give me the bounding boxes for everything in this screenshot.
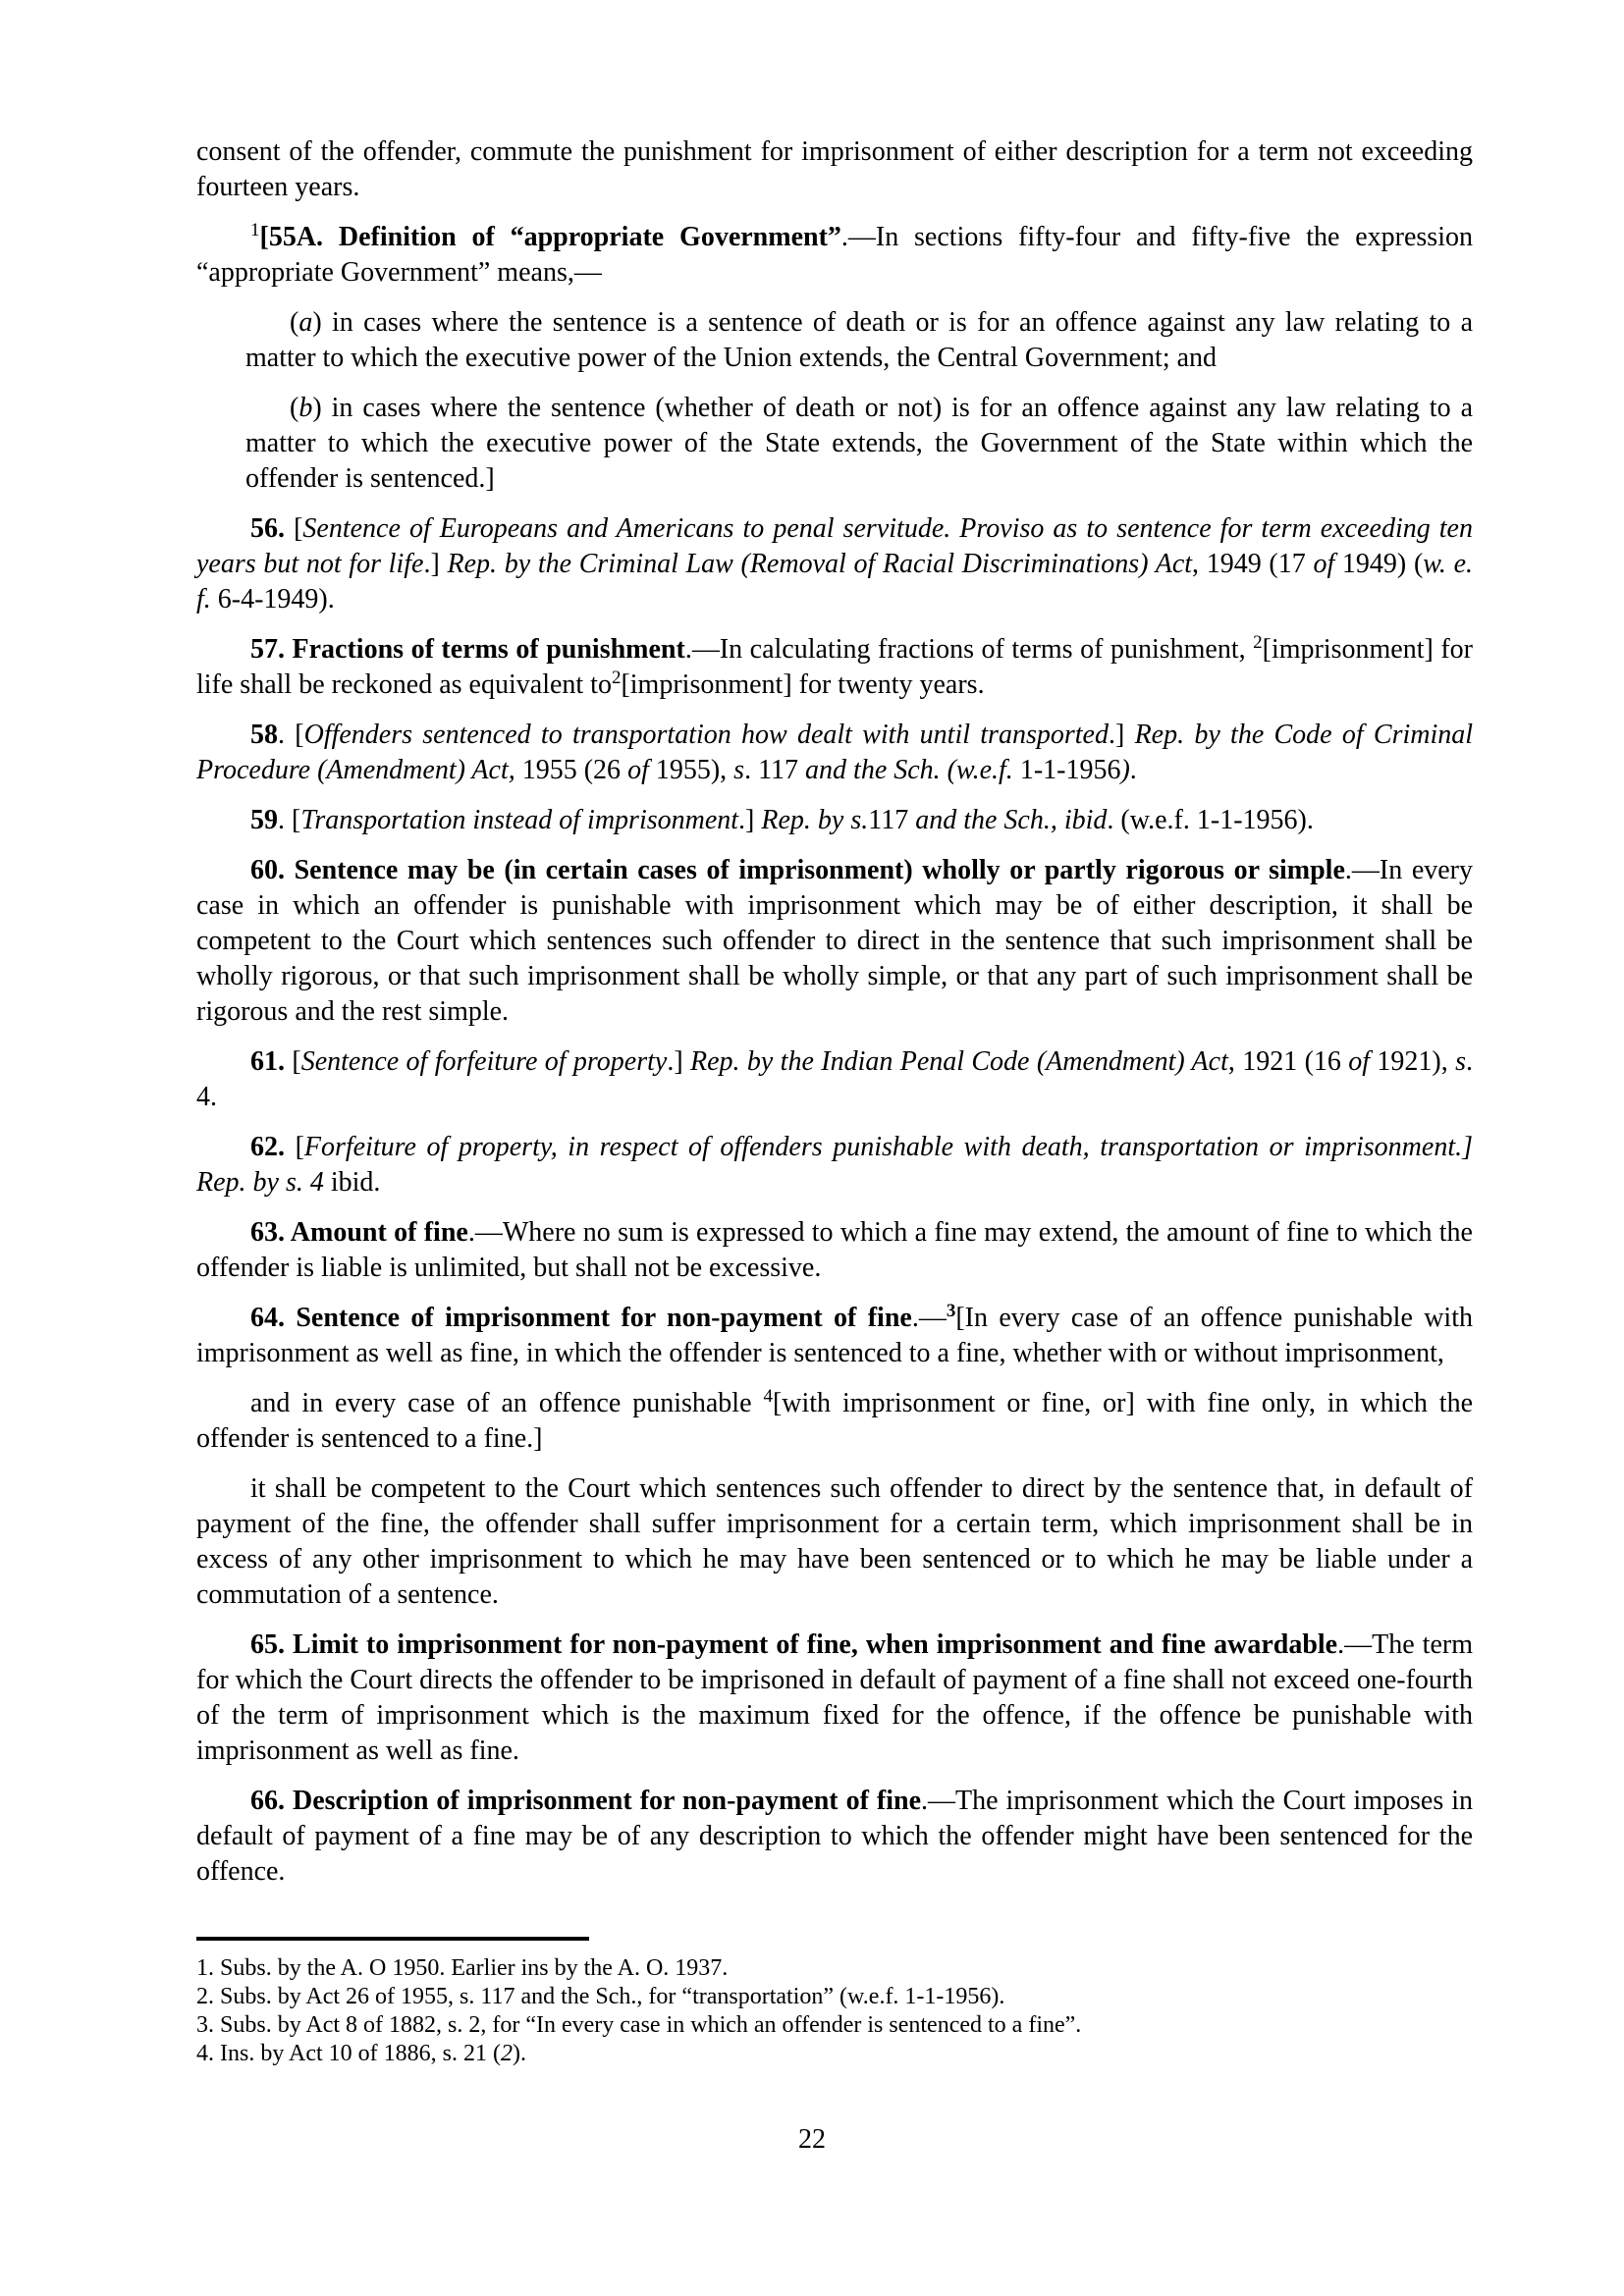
text-run: a: [298, 307, 312, 338]
text-run: of: [627, 755, 649, 785]
document-page: consent of the offender, commute the pun…: [0, 0, 1624, 2296]
text-run: [: [292, 1046, 300, 1077]
para-58: 58. [Offenders sentenced to transportati…: [196, 718, 1473, 788]
text-run: . (w.e.f. 1-1-1956).: [1107, 805, 1313, 835]
para-56: 56. [Sentence of Europeans and Americans…: [196, 511, 1473, 617]
text-run: Rep. by the Indian Penal Code (Amendment…: [690, 1046, 1228, 1077]
para-64-continuation-1: and in every case of an offence punishab…: [196, 1386, 1473, 1457]
text-run: 1955 (26: [515, 755, 627, 785]
text-run: Offenders sentenced to transportation ho…: [304, 720, 1109, 750]
text-run: s: [733, 755, 744, 785]
text-run: 2: [612, 667, 622, 688]
text-run: consent of the offender, commute the pun…: [196, 136, 1473, 202]
para-55a: 1[55A. Definition of “appropriate Govern…: [196, 220, 1473, 291]
text-run: [: [294, 513, 302, 544]
para-59: 59. [Transportation instead of imprisonm…: [196, 803, 1473, 838]
page-content: consent of the offender, commute the pun…: [196, 134, 1473, 2068]
text-run: [: [296, 1132, 304, 1162]
text-run: 65. Limit to imprisonment for non-paymen…: [250, 1629, 1337, 1660]
text-run: Forfeiture of property, in respect of of…: [196, 1132, 1473, 1198]
text-run: of: [1313, 549, 1334, 579]
text-run: ) in cases where the sentence (whether o…: [245, 393, 1473, 494]
text-run: and in every case of an offence punishab…: [250, 1388, 763, 1418]
para-62: 62. [Forfeiture of property, in respect …: [196, 1130, 1473, 1201]
text-run: , 1921 (16: [1228, 1046, 1348, 1077]
para-55a-clause-b: (b) in cases where the sentence (whether…: [245, 391, 1473, 497]
text-run: ibid.: [324, 1167, 381, 1198]
text-run: b: [298, 393, 312, 423]
para-60: 60. Sentence may be (in certain cases of…: [196, 853, 1473, 1030]
text-run: and the Sch. (w.e.f.: [805, 755, 1013, 785]
footnotes: 1. Subs. by the A. O 1950. Earlier ins b…: [196, 1954, 1473, 2068]
text-run: .]: [738, 805, 761, 835]
footnote-1: 1. Subs. by the A. O 1950. Earlier ins b…: [196, 1954, 1473, 1983]
text-run: ) in cases where the sentence is a sente…: [245, 307, 1473, 373]
text-run: 4: [763, 1386, 773, 1407]
footnote-4: 4. Ins. by Act 10 of 1886, s. 21 (2).: [196, 2040, 1473, 2068]
text-run: Rep. by the Criminal Law (Removal of Rac…: [447, 549, 1192, 579]
text-run: 1955),: [649, 755, 733, 785]
text-run: 117: [868, 805, 915, 835]
footnote-3: 3. Subs. by Act 8 of 1882, s. 2, for “In…: [196, 2011, 1473, 2040]
text-run: 61.: [250, 1046, 292, 1077]
para-57: 57. Fractions of terms of punishment.—In…: [196, 632, 1473, 703]
text-run: it shall be competent to the Court which…: [196, 1473, 1473, 1610]
text-run: (: [290, 393, 298, 423]
text-run: .—In calculating fractions of terms of p…: [685, 634, 1253, 665]
text-run: [55A. Definition of “appropriate Governm…: [260, 222, 841, 252]
text-run: 1949) (: [1334, 549, 1423, 579]
text-run: of: [1348, 1046, 1370, 1077]
text-run: .: [1130, 755, 1137, 785]
text-run: 6-4-1949).: [211, 584, 335, 614]
text-run: [imprisonment] for twenty years.: [621, 669, 984, 700]
text-run: , 1949 (17: [1192, 549, 1313, 579]
text-run: 62.: [250, 1132, 296, 1162]
text-run: 1: [250, 220, 260, 240]
text-run: 58: [250, 720, 278, 750]
text-run: 4. Ins. by Act 10 of 1886, s. 21 (: [196, 2041, 501, 2066]
para-65: 65. Limit to imprisonment for non-paymen…: [196, 1628, 1473, 1769]
text-run: 2: [1253, 632, 1263, 653]
text-run: 1-1-1956: [1013, 755, 1121, 785]
text-run: . [: [278, 720, 304, 750]
text-run: 60. Sentence may be (in certain cases of…: [250, 855, 1345, 885]
para-66: 66. Description of imprisonment for non-…: [196, 1784, 1473, 1890]
text-run: .]: [423, 549, 447, 579]
para-55a-clause-a: (a) in cases where the sentence is a sen…: [245, 305, 1473, 376]
text-run: (: [290, 307, 298, 338]
text-run: 3: [947, 1301, 956, 1321]
body-paragraphs: consent of the offender, commute the pun…: [196, 134, 1473, 1890]
text-run: .—: [912, 1303, 947, 1333]
text-run: 66. Description of imprisonment for non-…: [250, 1786, 921, 1816]
text-run: and the Sch., ibid: [915, 805, 1107, 835]
text-run: 59: [250, 805, 278, 835]
text-run: 2: [501, 2041, 513, 2066]
para-64: 64. Sentence of imprisonment for non-pay…: [196, 1301, 1473, 1371]
page-number: 22: [0, 2122, 1624, 2158]
text-run: 63. Amount of fine: [250, 1217, 468, 1248]
text-run: . 117: [744, 755, 805, 785]
text-run: 56.: [250, 513, 294, 544]
text-run: s: [1455, 1046, 1466, 1077]
text-run: Sentence of forfeiture of property: [301, 1046, 668, 1077]
text-run: 57. Fractions of terms of punishment: [250, 634, 685, 665]
text-run: 1. Subs. by the A. O 1950. Earlier ins b…: [196, 1955, 728, 1981]
text-run: ).: [513, 2041, 526, 2066]
text-run: ): [1120, 755, 1129, 785]
text-run: .]: [667, 1046, 690, 1077]
text-run: 1921),: [1370, 1046, 1455, 1077]
footnote-2: 2. Subs. by Act 26 of 1955, s. 117 and t…: [196, 1983, 1473, 2011]
text-run: . [: [278, 805, 300, 835]
para-54-continuation: consent of the offender, commute the pun…: [196, 134, 1473, 205]
text-run: Transportation instead of imprisonment: [300, 805, 738, 835]
text-run: 2. Subs. by Act 26 of 1955, s. 117 and t…: [196, 1984, 1004, 2009]
text-run: Rep. by s.: [761, 805, 868, 835]
para-63: 63. Amount of fine.—Where no sum is expr…: [196, 1215, 1473, 1286]
text-run: 3. Subs. by Act 8 of 1882, s. 2, for “In…: [196, 2012, 1081, 2038]
text-run: .]: [1109, 720, 1135, 750]
text-run: 64. Sentence of imprisonment for non-pay…: [250, 1303, 912, 1333]
para-61: 61. [Sentence of forfeiture of property.…: [196, 1044, 1473, 1115]
footnote-separator-rule: [196, 1937, 589, 1941]
para-64-continuation-2: it shall be competent to the Court which…: [196, 1471, 1473, 1613]
